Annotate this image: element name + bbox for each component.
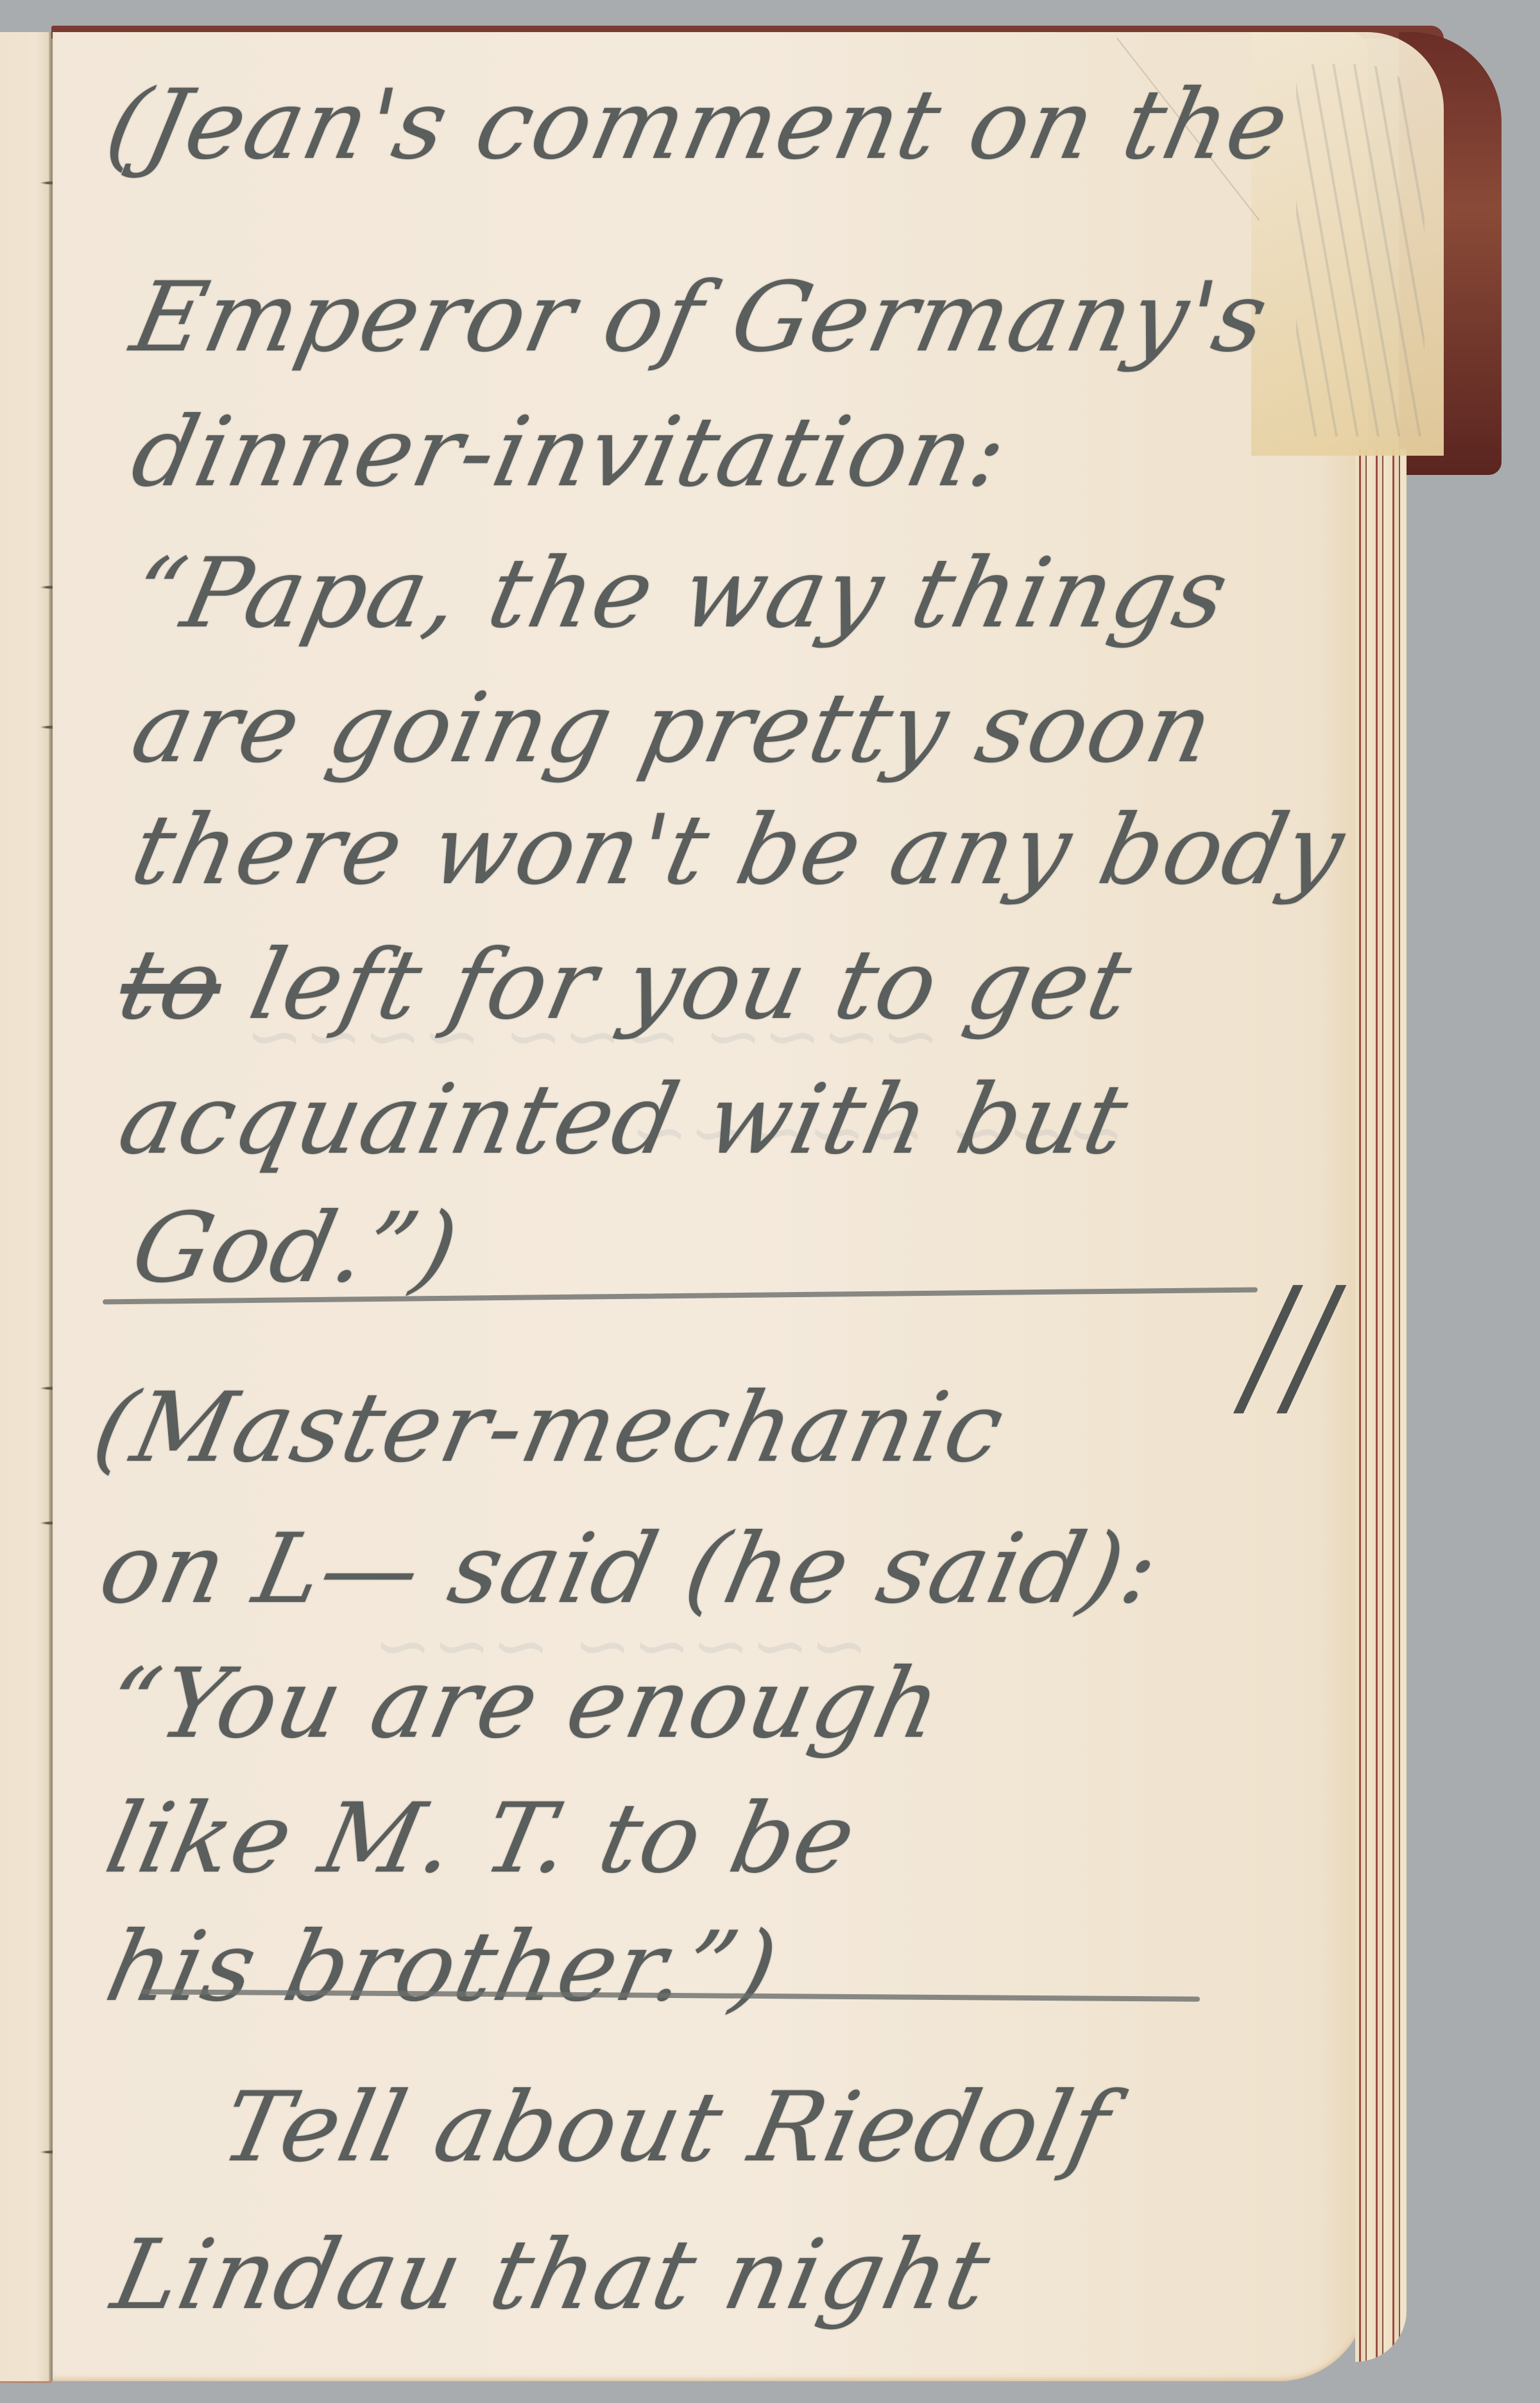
handwritten-line: Tell about Riedolf [214,2080,1118,2176]
corner-stain [1296,64,1425,436]
page-edges [1355,449,1407,2362]
handwritten-line-text: left for you to get [241,929,1142,1041]
handwritten-line: (Master-mechanic [86,1380,1012,1476]
handwritten-line: to left for you to get [112,937,1140,1033]
facing-page-edge [0,32,51,2383]
handwritten-line: there won't be any body [124,802,1353,899]
handwritten-line: his brother.”) [99,1919,786,2015]
handwritten-line: “You are enough [99,1656,950,1752]
handwritten-line: God.”) [124,1200,466,1296]
handwritten-line: dinner-invitation: [124,404,1016,501]
handwritten-line: “Papa, the way things [124,546,1236,642]
handwritten-line: like M. T. to be [99,1791,864,1887]
handwritten-line: acquainted with but [112,1072,1136,1168]
handwritten-line: (Jean's comment on the [99,77,1297,173]
handwritten-line: Lindau that night [105,2227,998,2323]
handwritten-line: Emperor of Germany's [124,270,1276,366]
handwritten-line: are going pretty soon [124,680,1222,777]
handwritten-line: on L— said (he said): [92,1521,1167,1617]
